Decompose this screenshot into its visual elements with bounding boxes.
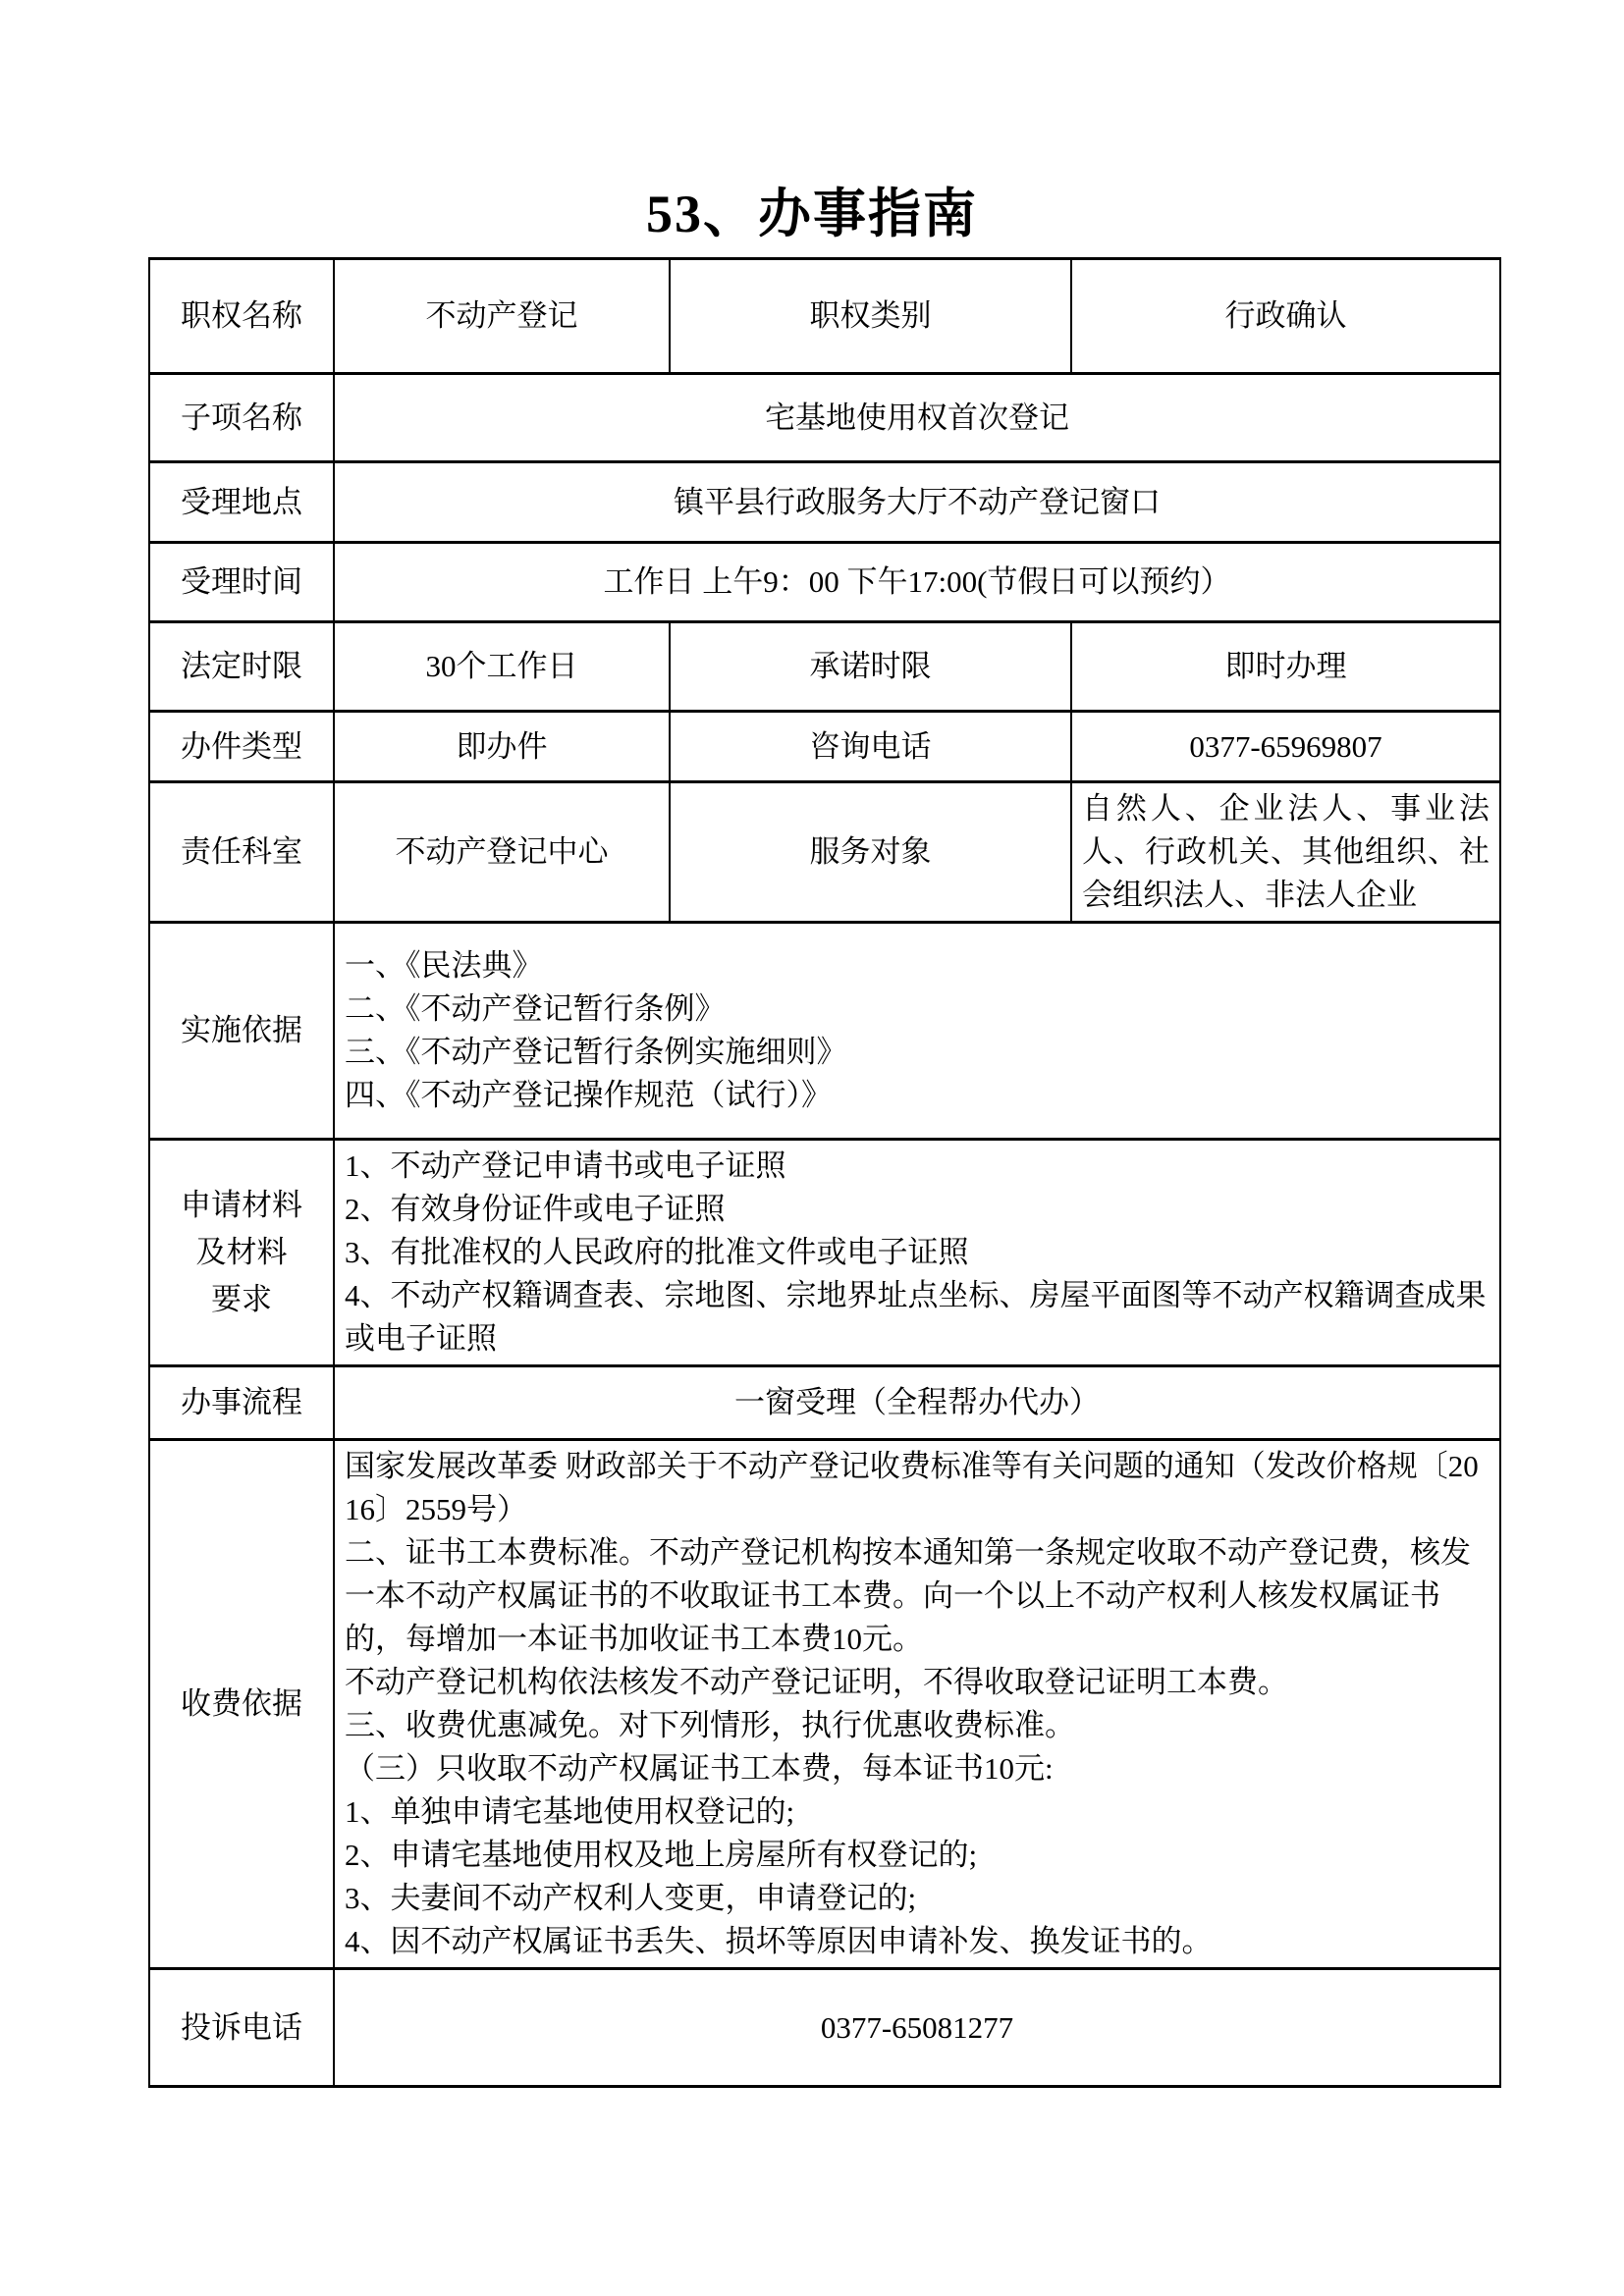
- row-label-implementation-basis: 实施依据: [149, 923, 334, 1140]
- fee-paragraph: （三）只收取不动产权属证书工本费，每本证书10元:: [345, 1747, 1489, 1790]
- table-row: 投诉电话 0377-65081277: [149, 1969, 1500, 2087]
- row-label-inquiry-phone: 咨询电话: [670, 712, 1071, 782]
- table-row: 办件类型 即办件 咨询电话 0377-65969807: [149, 712, 1500, 782]
- statutory-limit-value: 30个工作日: [334, 622, 670, 712]
- fee-paragraph: 不动产登记机构依法核发不动产登记证明，不得收取登记证明工本费。: [345, 1661, 1489, 1704]
- table-row: 申请材料 及材料 要求 1、不动产登记申请书或电子证照 2、有效身份证件或电子证…: [149, 1140, 1500, 1366]
- process-flow-value: 一窗受理（全程帮办代办）: [334, 1366, 1500, 1440]
- fee-paragraph: 3、夫妻间不动产权利人变更，申请登记的;: [345, 1877, 1489, 1920]
- law-item: 二、《不动产登记暂行条例》: [345, 988, 1489, 1031]
- label-line: 及材料: [160, 1229, 323, 1276]
- law-item: 三、《不动产登记暂行条例实施细则》: [345, 1031, 1489, 1074]
- row-label-responsible-office: 责任科室: [149, 782, 334, 923]
- processing-type-value: 即办件: [334, 712, 670, 782]
- row-label-acceptance-place: 受理地点: [149, 462, 334, 543]
- row-label-statutory-limit: 法定时限: [149, 622, 334, 712]
- row-label-processing-type: 办件类型: [149, 712, 334, 782]
- table-row: 受理时间 工作日 上午9：00 下午17:00(节假日可以预约）: [149, 543, 1500, 622]
- service-guide-table: 职权名称 不动产登记 职权类别 行政确认 子项名称 宅基地使用权首次登记 受理地…: [148, 257, 1501, 2088]
- row-label-complaint-phone: 投诉电话: [149, 1969, 334, 2087]
- row-label-service-target: 服务对象: [670, 782, 1071, 923]
- document-page: { "page": { "title": "53、办事指南" }, "table…: [0, 0, 1624, 2296]
- table-row: 受理地点 镇平县行政服务大厅不动产登记窗口: [149, 462, 1500, 543]
- table-row: 子项名称 宅基地使用权首次登记: [149, 374, 1500, 462]
- fee-paragraph: 国家发展改革委 财政部关于不动产登记收费标准等有关问题的通知（发改价格规〔201…: [345, 1445, 1489, 1531]
- implementation-basis-list: 一、《民法典》 二、《不动产登记暂行条例》 三、《不动产登记暂行条例实施细则》 …: [334, 923, 1500, 1140]
- table-row: 实施依据 一、《民法典》 二、《不动产登记暂行条例》 三、《不动产登记暂行条例实…: [149, 923, 1500, 1140]
- inquiry-phone-value: 0377-65969807: [1071, 712, 1500, 782]
- table-row: 职权名称 不动产登记 职权类别 行政确认: [149, 259, 1500, 374]
- acceptance-place-value: 镇平县行政服务大厅不动产登记窗口: [334, 462, 1500, 543]
- row-label-subitem-name: 子项名称: [149, 374, 334, 462]
- row-label-authority-type: 职权类别: [670, 259, 1071, 374]
- fee-basis-paragraphs: 国家发展改革委 财政部关于不动产登记收费标准等有关问题的通知（发改价格规〔201…: [334, 1440, 1500, 1969]
- complaint-phone-value: 0377-65081277: [334, 1969, 1500, 2087]
- label-line: 申请材料: [160, 1182, 323, 1229]
- law-item: 一、《民法典》: [345, 944, 1489, 988]
- promised-limit-value: 即时办理: [1071, 622, 1500, 712]
- material-item: 4、不动产权籍调查表、宗地图、宗地界址点坐标、房屋平面图等不动产权籍调查成果或电…: [345, 1274, 1489, 1361]
- row-label-application-materials: 申请材料 及材料 要求: [149, 1140, 334, 1366]
- authority-name-value: 不动产登记: [334, 259, 670, 374]
- fee-paragraph: 1、单独申请宅基地使用权登记的;: [345, 1790, 1489, 1834]
- row-label-promised-limit: 承诺时限: [670, 622, 1071, 712]
- table-row: 办事流程 一窗受理（全程帮办代办）: [149, 1366, 1500, 1440]
- material-item: 3、有批准权的人民政府的批准文件或电子证照: [345, 1231, 1489, 1274]
- row-label-fee-basis: 收费依据: [149, 1440, 334, 1969]
- row-label-acceptance-time: 受理时间: [149, 543, 334, 622]
- label-line: 要求: [160, 1276, 323, 1323]
- application-materials-list: 1、不动产登记申请书或电子证照 2、有效身份证件或电子证照 3、有批准权的人民政…: [334, 1140, 1500, 1366]
- authority-type-value: 行政确认: [1071, 259, 1500, 374]
- page-title: 53、办事指南: [0, 0, 1624, 243]
- fee-paragraph: 二、证书工本费标准。不动产登记机构按本通知第一条规定收取不动产登记费，核发一本不…: [345, 1531, 1489, 1661]
- acceptance-time-value: 工作日 上午9：00 下午17:00(节假日可以预约）: [334, 543, 1500, 622]
- table-row: 法定时限 30个工作日 承诺时限 即时办理: [149, 622, 1500, 712]
- row-label-process-flow: 办事流程: [149, 1366, 334, 1440]
- subitem-name-value: 宅基地使用权首次登记: [334, 374, 1500, 462]
- responsible-office-value: 不动产登记中心: [334, 782, 670, 923]
- table-row: 责任科室 不动产登记中心 服务对象 自然人、企业法人、事业法人、行政机关、其他组…: [149, 782, 1500, 923]
- law-item: 四、《不动产登记操作规范（试行）》: [345, 1074, 1489, 1117]
- fee-paragraph: 三、收费优惠减免。对下列情形，执行优惠收费标准。: [345, 1704, 1489, 1747]
- service-target-value: 自然人、企业法人、事业法人、行政机关、其他组织、社会组织法人、非法人企业: [1071, 782, 1500, 923]
- material-item: 1、不动产登记申请书或电子证照: [345, 1145, 1489, 1188]
- table-row: 收费依据 国家发展改革委 财政部关于不动产登记收费标准等有关问题的通知（发改价格…: [149, 1440, 1500, 1969]
- fee-paragraph: 2、申请宅基地使用权及地上房屋所有权登记的;: [345, 1834, 1489, 1877]
- row-label-authority-name: 职权名称: [149, 259, 334, 374]
- material-item: 2、有效身份证件或电子证照: [345, 1188, 1489, 1231]
- fee-paragraph: 4、因不动产权属证书丢失、损坏等原因申请补发、换发证书的。: [345, 1920, 1489, 1963]
